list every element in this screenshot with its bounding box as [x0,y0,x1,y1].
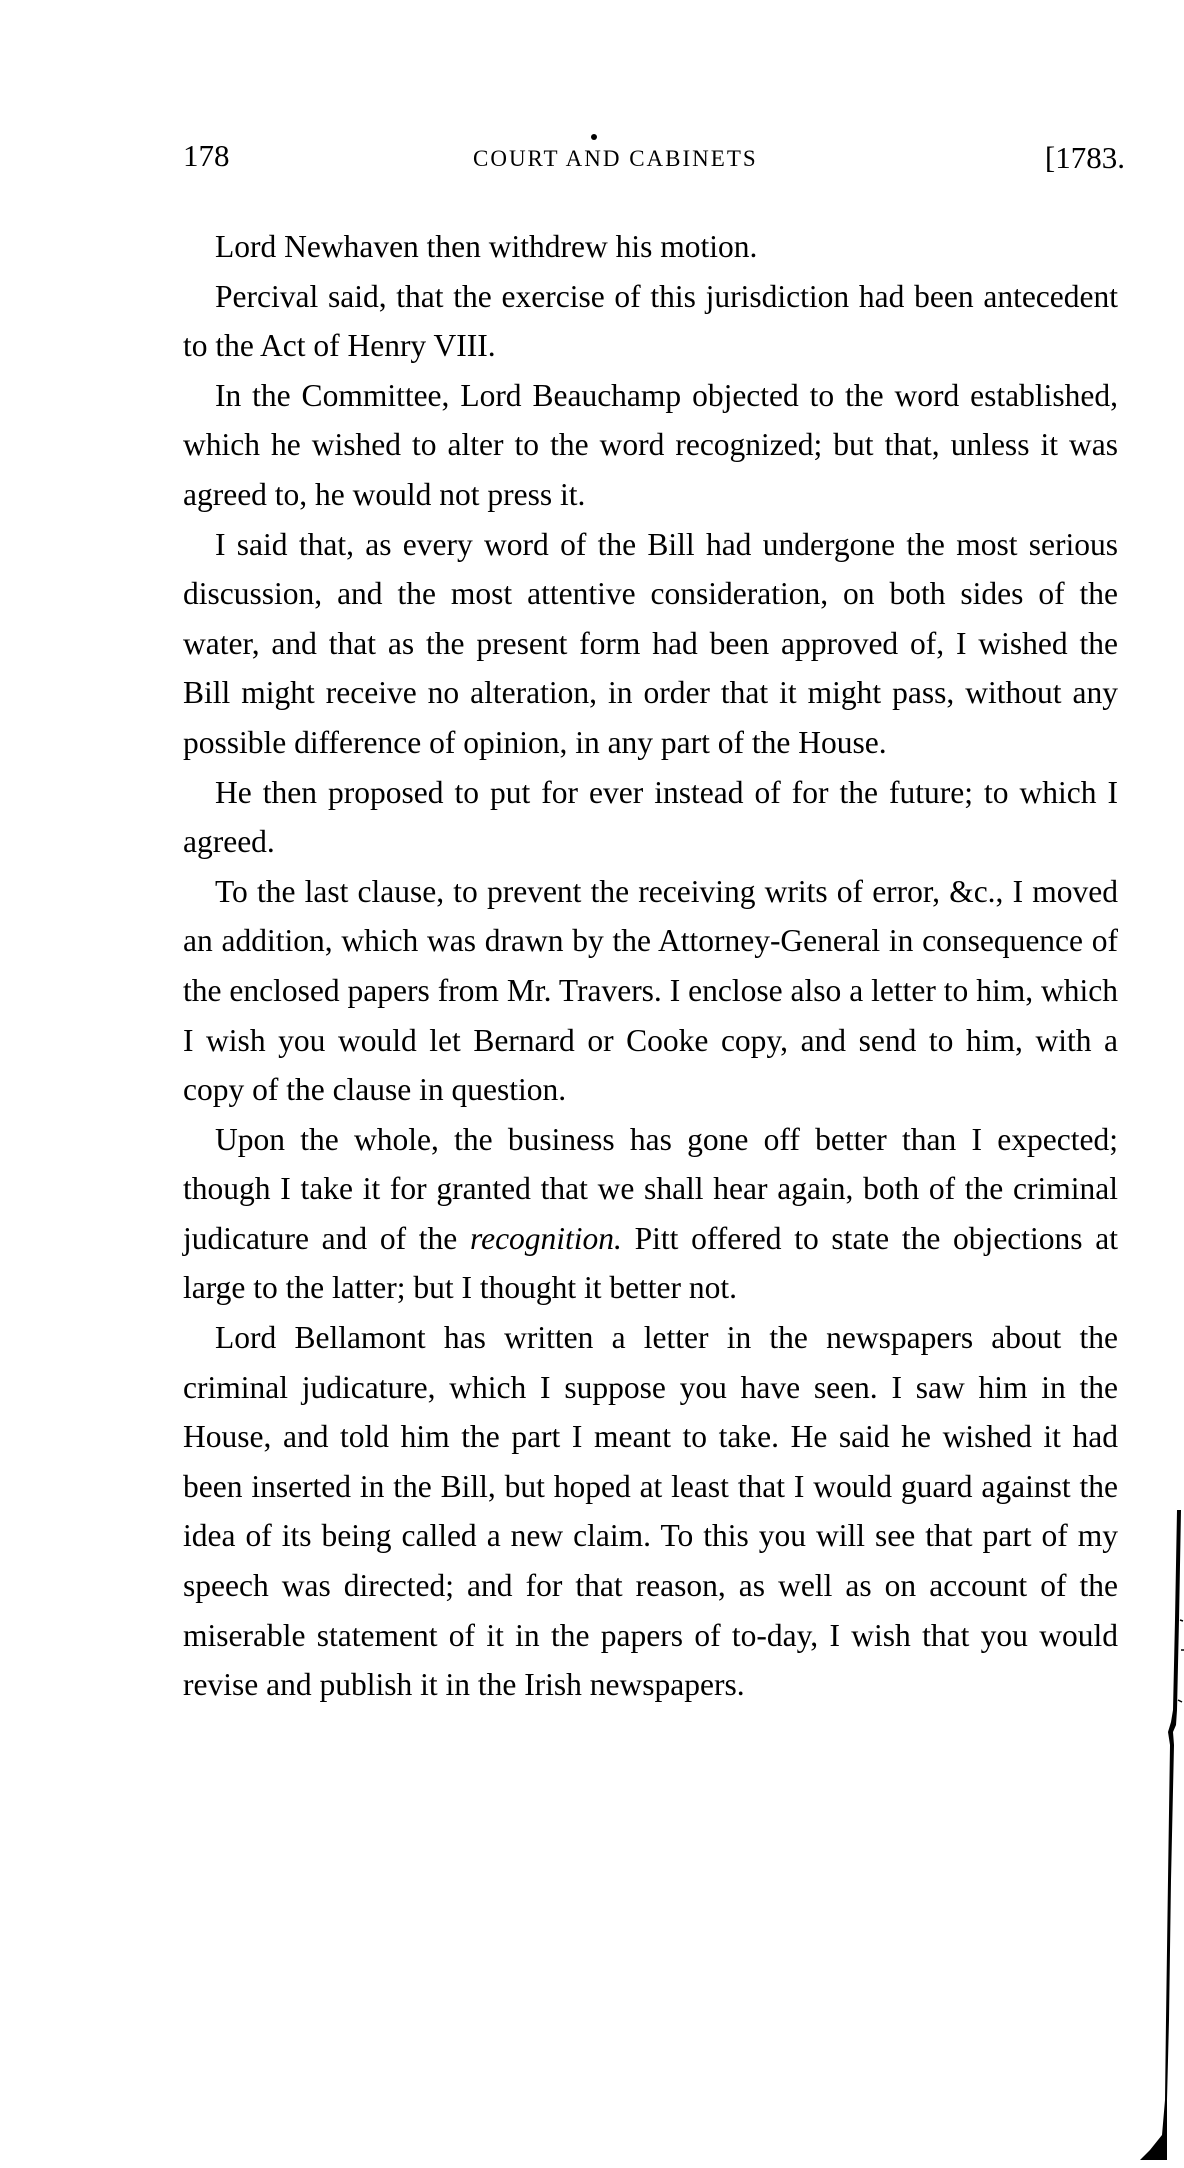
paragraph: To the last clause, to prevent the recei… [183,867,1118,1115]
page-number: 178 [183,138,230,174]
paragraph: Upon the whole, the business has gone of… [183,1115,1118,1313]
year-marker: [1783. [1045,140,1125,176]
italic-emphasis: recognition. [470,1221,622,1256]
page-edge-shadow-line [1140,1500,1184,2168]
paragraph: He then proposed to put for ever instead… [183,768,1118,867]
running-head: 178 COURT AND CABINETS [1783. [183,138,1125,178]
print-speck-dot [591,134,597,140]
paragraph: Lord Bellamont has written a letter in t… [183,1313,1118,1710]
running-title-text: COURT AND CABINETS [473,146,758,171]
running-title: COURT AND CABINETS [473,146,758,172]
body-text: Lord Newhaven then withdrew his motion. … [183,222,1118,1710]
paragraph: I said that, as every word of the Bill h… [183,520,1118,768]
paragraph: Lord Newhaven then withdrew his motion. [183,222,1118,272]
paragraph: Percival said, that the exercise of this… [183,272,1118,371]
paragraph: In the Committee, Lord Beauchamp objecte… [183,371,1118,520]
